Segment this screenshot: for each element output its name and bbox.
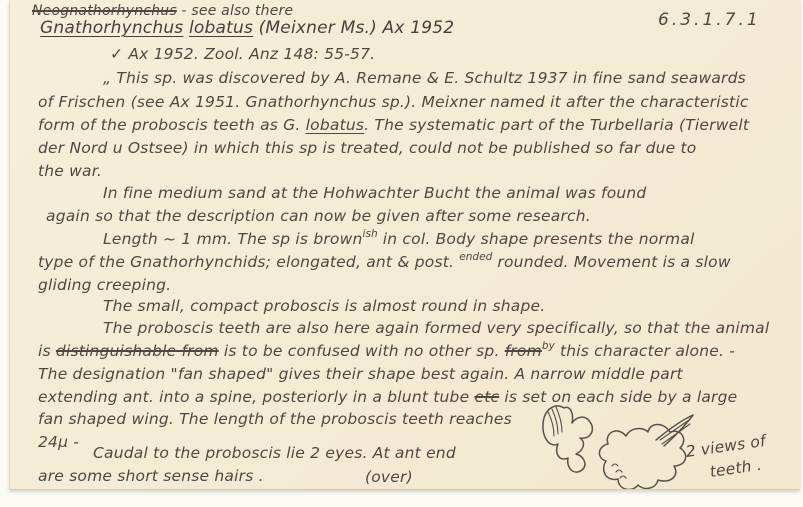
handwritten-line: fan shaped wing. The length of the probo… <box>38 411 512 429</box>
index-card: Neognathorhynchus - see also thereGnatho… <box>9 0 800 490</box>
tooth-sketch-top-view <box>599 415 693 490</box>
handwritten-line: The proboscis teeth are also here again … <box>103 320 769 338</box>
scan-bottom-margin <box>0 490 803 507</box>
handwritten-line: „ This sp. was discovered by A. Remane &… <box>103 70 746 88</box>
over-note: (over) <box>365 469 413 487</box>
handwritten-line: again so that the description can now be… <box>46 208 591 226</box>
handwritten-line: extending ant. into a spine, posteriorly… <box>38 389 737 407</box>
handwritten-line: Length ~ 1 mm. The sp is brownish in col… <box>103 231 695 249</box>
reference-line: ✓ Ax 1952. Zool. Anz 148: 55-57. <box>110 46 375 64</box>
tooth-sketch-left-view <box>543 406 592 472</box>
handwritten-line: der Nord u Ostsee) in which this sp is t… <box>38 140 696 158</box>
handwritten-line: Caudal to the proboscis lie 2 eyes. At a… <box>93 445 456 463</box>
card-title: Gnathorhynchus lobatus (Meixner Ms.) Ax … <box>40 19 454 39</box>
handwritten-line: of Frischen (see Ax 1951. Gnathorhynchus… <box>38 94 749 112</box>
handwritten-line: 24µ - <box>38 434 79 452</box>
handwritten-line: type of the Gnathorhynchids; elongated, … <box>38 254 731 272</box>
handwritten-line: The small, compact proboscis is almost r… <box>103 298 545 316</box>
scan-left-margin <box>0 0 9 507</box>
handwritten-line: the war. <box>38 163 102 181</box>
handwritten-line: gliding creeping. <box>38 277 171 295</box>
catalog-number: 6.3.1.7.1 <box>658 11 761 31</box>
scanned-page: Neognathorhynchus - see also thereGnatho… <box>0 0 803 507</box>
handwritten-line: The designation "fan shaped" gives their… <box>38 366 683 384</box>
handwritten-line: is distinguishable from is to be confuse… <box>38 343 735 361</box>
handwritten-line: form of the proboscis teeth as G. lobatu… <box>38 117 749 135</box>
proboscis-teeth-sketch <box>530 398 700 490</box>
crossed-out-note: Neognathorhynchus - see also there <box>32 3 293 19</box>
handwritten-line: In fine medium sand at the Hohwachter Bu… <box>103 185 646 203</box>
sketch-label: teeth . <box>709 457 763 482</box>
handwritten-line: are some short sense hairs . <box>38 468 264 486</box>
